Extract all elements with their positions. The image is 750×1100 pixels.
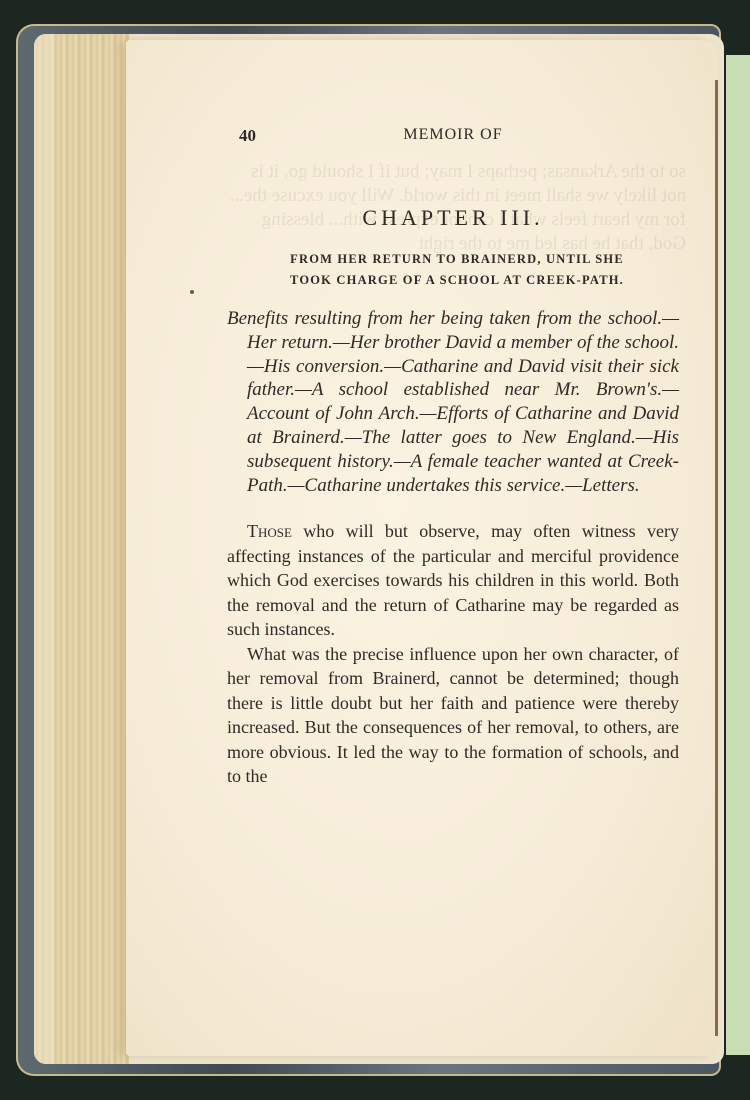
page-text-area: 40 MEMOIR OF CHAPTER III. FROM HER RETUR…	[227, 126, 679, 789]
chapter-synopsis: Benefits resulting from her being taken …	[227, 307, 679, 497]
running-head: 40 MEMOIR OF	[227, 126, 679, 150]
chapter-subtitle-line-1: FROM HER RETURN TO BRAINERD, UNTIL SHE	[235, 249, 679, 270]
body-paragraph-2: What was the precise influence upon her …	[227, 642, 679, 789]
book-page-block: so to the Arkansas; perhaps I may; but i…	[34, 34, 724, 1064]
chapter-subtitle: FROM HER RETURN TO BRAINERD, UNTIL SHE T…	[227, 249, 679, 291]
chapter-title: CHAPTER III.	[227, 205, 679, 231]
body-paragraph-1: Those who will but observe, may often wi…	[227, 519, 679, 642]
chapter-subtitle-line-2: TOOK CHARGE OF A SCHOOL AT CREEK-PATH.	[235, 270, 679, 291]
paragraph-lead-word: Those	[247, 521, 292, 541]
running-head-title: MEMOIR OF	[227, 126, 679, 144]
background-green-page	[726, 55, 750, 1055]
leaf-edge-shadow	[715, 80, 718, 1036]
page-fore-edge	[34, 34, 129, 1064]
paragraph-1-text: who will but observe, may often witness …	[227, 521, 679, 639]
ink-spot	[190, 290, 194, 294]
